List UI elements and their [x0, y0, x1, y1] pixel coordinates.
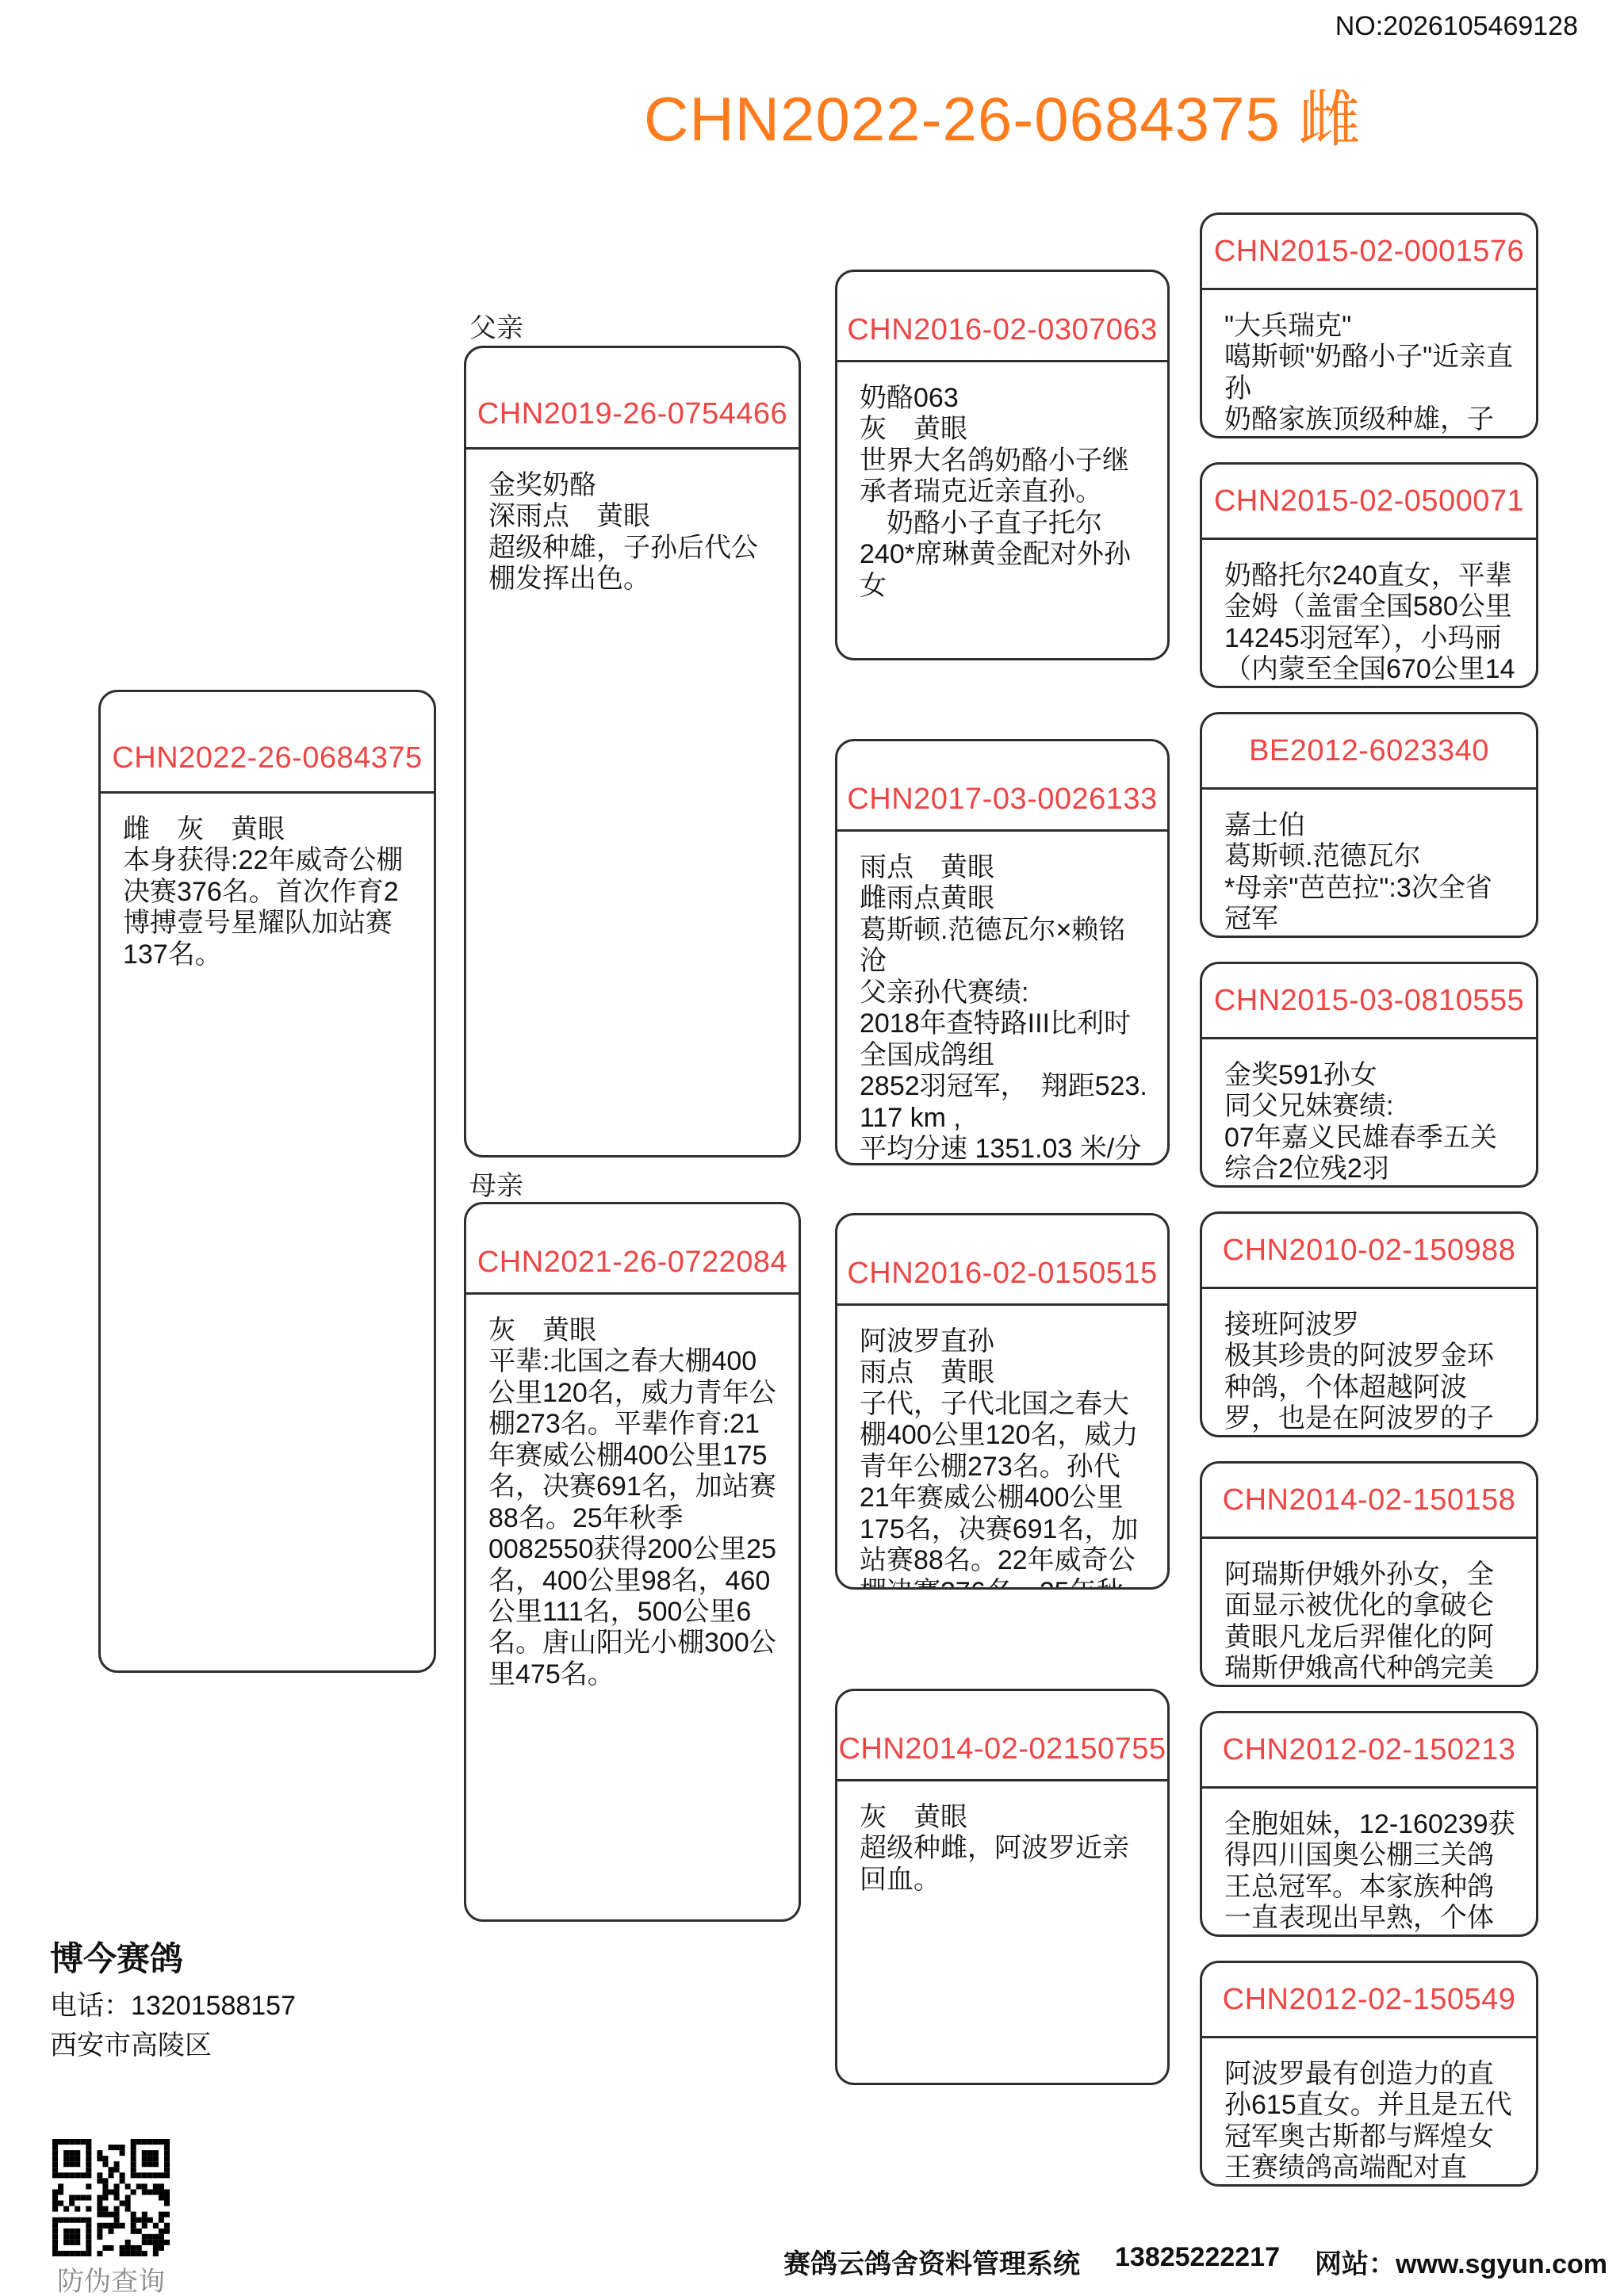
- pedigree-card-great-grandparent: CHN2012-02-150213 全胞姐妹，12-160239获得四川国奥公棚…: [1200, 1711, 1538, 1937]
- qr-code: [52, 2139, 170, 2256]
- ring-number: CHN2014-02-150158: [1202, 1464, 1536, 1539]
- ring-number: CHN2010-02-150988: [1202, 1214, 1536, 1289]
- pedigree-card-grandparent: CHN2016-02-0150515 阿波罗直孙 雨点 黄眼 子代，子代北国之春…: [835, 1213, 1170, 1590]
- ring-number: CHN2021-26-0722084: [466, 1204, 799, 1295]
- ring-number: CHN2015-03-0810555: [1202, 964, 1536, 1039]
- pedigree-card-mother: CHN2021-26-0722084 灰 黄眼 平辈:北国之春大棚400公里12…: [464, 1202, 801, 1922]
- pedigree-card-great-grandparent: CHN2015-02-0500071 奶酪托尔240直女，平辈金姆（盖雷全国58…: [1200, 462, 1538, 688]
- footer: 赛鸽云鸽舍资料管理系统 13825222217 网站：www.sgyun.com: [783, 2242, 1607, 2281]
- pedigree-card-grandparent: CHN2016-02-0307063 奶酪063 灰 黄眼 世界大名鸽奶酪小子继…: [835, 270, 1170, 660]
- page-title: CHN2022-26-0684375 雌: [644, 70, 1362, 159]
- pedigree-page: NO:2026105469128 CHN2022-26-0684375 雌 父亲…: [0, 0, 1624, 2296]
- footer-phone: 13825222217: [1115, 2242, 1280, 2281]
- pedigree-card-great-grandparent: CHN2014-02-150158 阿瑞斯伊娥外孙女，全面显示被优化的拿破仑黄眼…: [1200, 1461, 1538, 1687]
- loft-name: 博今赛鸽: [50, 1933, 183, 1980]
- pedigree-card-grandparent: CHN2014-02-02150755 灰 黄眼 超级种雌，阿波罗近亲回血。: [835, 1689, 1170, 2085]
- ring-number: CHN2016-02-0150515: [837, 1215, 1167, 1306]
- pigeon-info: 阿波罗最有创造力的直孙615直女。并且是五代冠军奥古斯都与辉煌女王赛绩鸽高端配对…: [1202, 2038, 1536, 2187]
- pedigree-card-father: CHN2019-26-0754466 金奖奶酪 深雨点 黄眼 超级种雄，子孙后代…: [464, 346, 801, 1158]
- father-label: 父亲: [469, 306, 523, 345]
- pedigree-card-great-grandparent: CHN2015-02-0001576 "大兵瑞克" 噶斯顿"奶酪小子"近亲直孙 …: [1200, 212, 1538, 438]
- ring-number: CHN2014-02-02150755: [837, 1691, 1167, 1781]
- pigeon-info: 灰 黄眼 平辈:北国之春大棚400公里120名，威力青年公棚273名。平辈作育:…: [466, 1295, 799, 1701]
- pedigree-card-great-grandparent: CHN2010-02-150988 接班阿波罗 极其珍贵的阿波罗金环种鸽，个体超…: [1200, 1211, 1538, 1437]
- ring-number: BE2012-6023340: [1202, 714, 1536, 790]
- pigeon-info: 雌 灰 黄眼 本身获得:22年威奇公棚决赛376名。首次作育2博搏壹号星耀队加站…: [101, 794, 434, 982]
- ring-number: CHN2016-02-0307063: [837, 272, 1167, 362]
- ring-number: CHN2022-26-0684375: [101, 692, 434, 794]
- mother-label: 母亲: [469, 1164, 523, 1203]
- ring-number: CHN2015-02-0500071: [1202, 465, 1536, 540]
- pedigree-card-subject: CHN2022-26-0684375 雌 灰 黄眼 本身获得:22年威奇公棚决赛…: [98, 690, 436, 1673]
- pedigree-card-great-grandparent: BE2012-6023340 嘉士伯 葛斯顿.范德瓦尔 *母亲"芭芭拉":3次全…: [1200, 712, 1538, 938]
- serial-number: NO:2026105469128: [1335, 11, 1578, 42]
- loft-address: 西安市高陵区: [50, 2023, 212, 2062]
- ring-number: CHN2019-26-0754466: [466, 348, 799, 450]
- ring-number: CHN2015-02-0001576: [1202, 215, 1536, 290]
- pigeon-info: 金奖奶酪 深雨点 黄眼 超级种雄，子孙后代公棚发挥出色。: [466, 450, 799, 607]
- pigeon-info: 奶酪托尔240直女，平辈金姆（盖雷全国580公里14245羽冠军），小玛丽（内蒙…: [1202, 540, 1536, 688]
- pedigree-card-great-grandparent: CHN2015-03-0810555 金奖591孙女 同父兄妹赛绩: 07年嘉义…: [1200, 962, 1538, 1188]
- pedigree-card-great-grandparent: CHN2012-02-150549 阿波罗最有创造力的直孙615直女。并且是五代…: [1200, 1961, 1538, 2187]
- pigeon-info: 灰 黄眼 超级种雌，阿波罗近亲回血。: [837, 1781, 1167, 1907]
- ring-number: CHN2012-02-150213: [1202, 1713, 1536, 1789]
- pigeon-info: "大兵瑞克" 噶斯顿"奶酪小子"近亲直孙 奶酪家族顶级种雄，子代: [1202, 290, 1536, 438]
- ring-number: CHN2017-03-0026133: [837, 741, 1167, 832]
- ring-number: CHN2012-02-150549: [1202, 1963, 1536, 2038]
- loft-phone: 电话：13201588157: [50, 1984, 296, 2022]
- qr-caption: 防伪查询: [57, 2260, 165, 2296]
- pigeon-info: 阿波罗直孙 雨点 黄眼 子代，子代北国之春大棚400公里120名，威力青年公棚2…: [837, 1306, 1167, 1590]
- pigeon-info: 接班阿波罗 极其珍贵的阿波罗金环种鸽，个体超越阿波罗，也是在阿波罗的子孙在全国: [1202, 1289, 1536, 1437]
- pedigree-card-grandparent: CHN2017-03-0026133 雨点 黄眼 雌雨点黄眼 葛斯顿.范德瓦尔×…: [835, 739, 1170, 1165]
- pigeon-info: 奶酪063 灰 黄眼 世界大名鸽奶酪小子继承者瑞克近亲直孙。 奶酪小子直子托尔2…: [837, 362, 1167, 613]
- pigeon-info: 全胞姐妹，12-160239获得四川国奥公棚三关鸽王总冠军。本家族种鸽一直表现出…: [1202, 1789, 1536, 1937]
- footer-system-name: 赛鸽云鸽舍资料管理系统: [783, 2242, 1080, 2281]
- pigeon-info: 雨点 黄眼 雌雨点黄眼 葛斯顿.范德瓦尔×赖铭沧 父亲孙代赛绩: 2018年查特…: [837, 832, 1167, 1165]
- footer-website: 网站：www.sgyun.com: [1315, 2242, 1607, 2281]
- pigeon-info: 嘉士伯 葛斯顿.范德瓦尔 *母亲"芭芭拉":3次全省冠军: [1202, 790, 1536, 938]
- pigeon-info: 金奖591孙女 同父兄妹赛绩: 07年嘉义民雄春季五关综合2位残2羽: [1202, 1039, 1536, 1188]
- pigeon-info: 阿瑞斯伊娥外孙女，全面显示被优化的拿破仑黄眼凡龙后羿催化的阿瑞斯伊娥高代种鸽完美…: [1202, 1539, 1536, 1687]
